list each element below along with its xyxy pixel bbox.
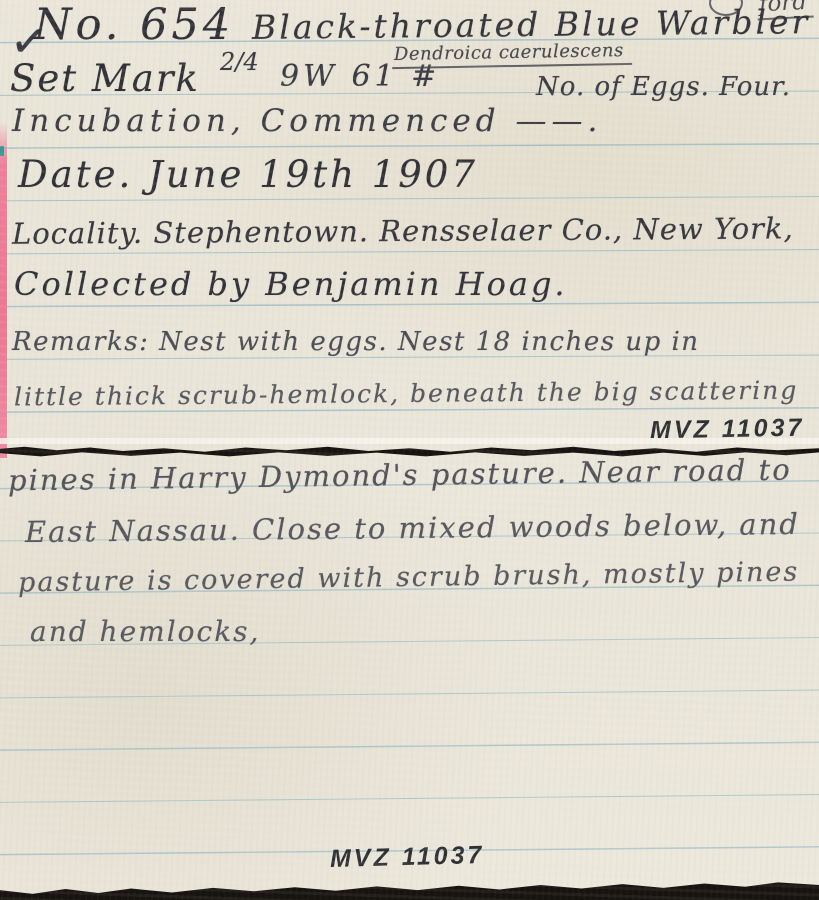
- pink-card-edge: [0, 122, 7, 458]
- remarks-line-5: pasture is covered with scrub brush, mos…: [18, 559, 800, 597]
- egg-count: No. of Eggs. Four.: [536, 74, 791, 100]
- set-mark-label: Set Mark: [10, 60, 200, 97]
- incubation-line: Incubation, Commenced ——.: [12, 106, 602, 137]
- remarks-line-1: Remarks: Nest with eggs. Nest 18 inches …: [12, 329, 700, 355]
- collector-line: Collected by Benjamin Hoag.: [14, 268, 568, 300]
- remarks-line-4: East Nassau. Close to mixed woods below,…: [25, 510, 800, 547]
- date-line: Date. June 19th 1907: [18, 156, 478, 193]
- catalog-number-bottom: MVZ 11037: [330, 843, 485, 872]
- torn-paper-bottom-edge: [0, 878, 819, 900]
- card-torn-edge-highlight: [0, 438, 819, 444]
- record-number: No. 654: [34, 4, 234, 47]
- remarks-line-6: and hemlocks,: [30, 618, 260, 646]
- remarks-line-2: little thick scrub-hemlock, beneath the …: [14, 378, 798, 410]
- scientific-name: Dendroica caerulescens: [392, 42, 632, 69]
- locality-line: Locality. Stephentown. Rensselaer Co., N…: [12, 214, 794, 248]
- scanned-egg-card-page: ford ✓ No. 654 Black-throated Blue Warbl…: [0, 0, 819, 900]
- teal-speck-artifact: [0, 146, 4, 156]
- species-name: Black-throated Blue Warbler: [252, 5, 811, 44]
- remarks-line-3: pines in Harry Dymond's pasture. Near ro…: [8, 456, 792, 496]
- set-mark-fraction: 2/4: [220, 50, 259, 74]
